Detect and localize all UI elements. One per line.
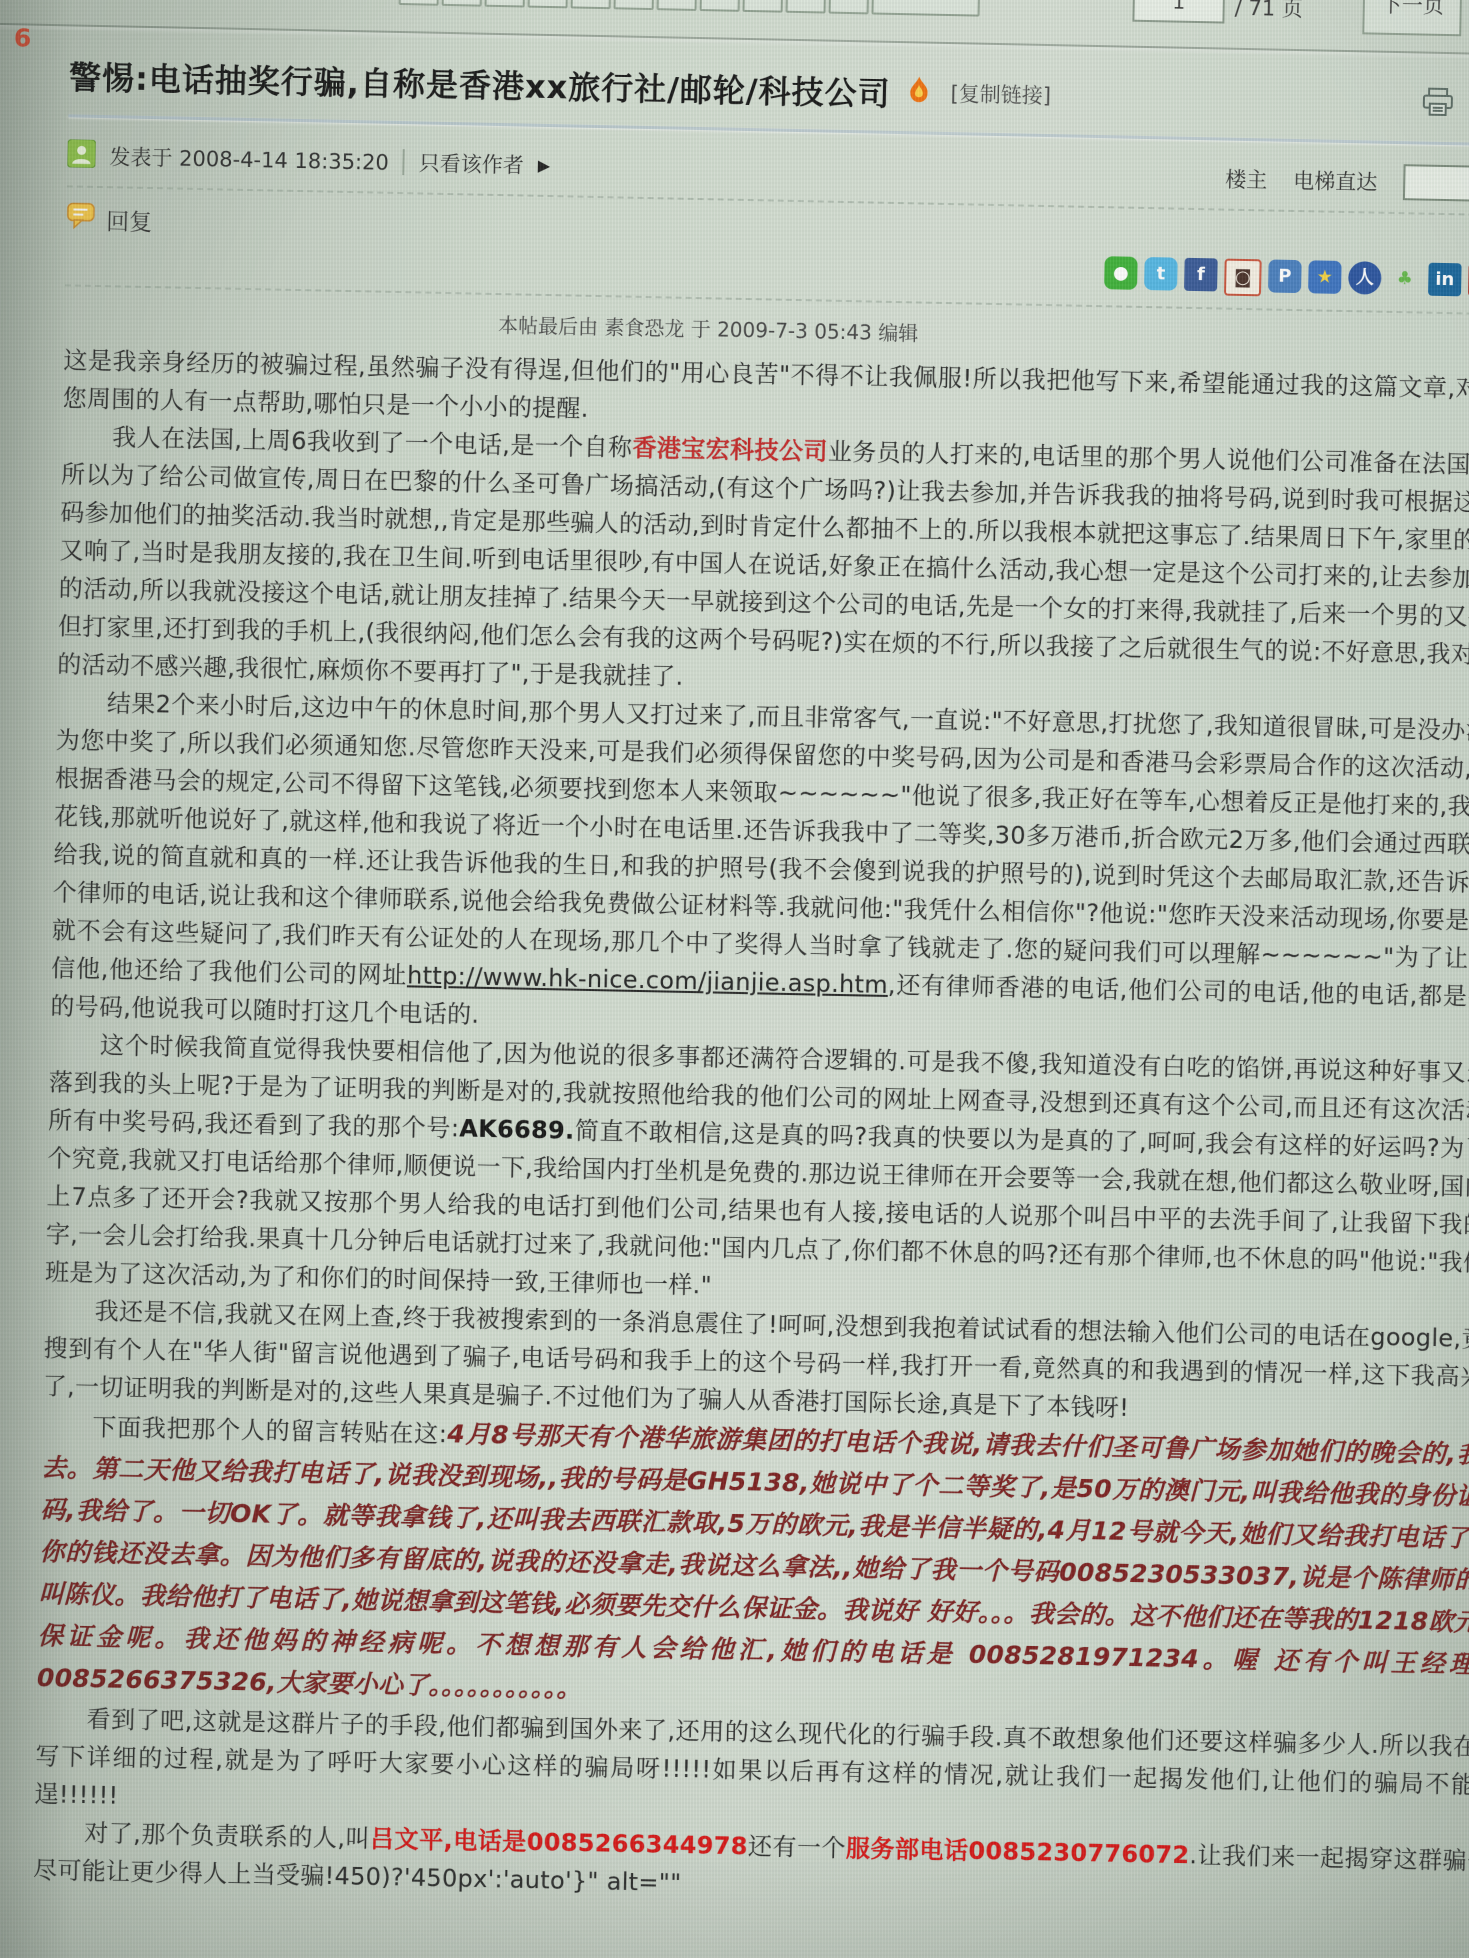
linkedin-icon[interactable]: in [1428,263,1462,297]
toolbar-button[interactable] [528,0,569,8]
post-panel: 警惕:电话抽奖行骗,自称是香港xx旅行社/邮轮/科技公司 [复制链接] [33,26,1469,1918]
post-title: 警惕:电话抽奖行骗,自称是香港xx旅行社/邮轮/科技公司 [69,52,891,114]
title-action-icons [1420,86,1469,124]
copy-link-button[interactable]: [复制链接] [950,78,1051,110]
scammer-phone-highlight: 服务部电话0085230776072 [846,1834,1190,1869]
clover-icon[interactable]: ♣ [1388,262,1422,296]
body-text: 下面我把那个人的留言转贴在这: [92,1413,447,1448]
company-name-highlight: 香港宝宏科技公司 [632,434,828,466]
reply-button[interactable]: 回复 [106,203,153,237]
body-text: 这是我亲身经历的被骗过程,虽然骗子没有得逞,但他们的"用心良苦"不得不让我佩服!… [62,346,1469,423]
elevator-link[interactable]: 电梯直达 [1293,165,1378,197]
next-page-button[interactable]: 下一页 [1362,0,1462,36]
toolbar-button-wide[interactable] [872,0,981,17]
page-total-label: / 71 页 [1234,0,1303,23]
tilted-screen-content: / 71 页 下一页 6 警惕:电话抽奖行骗,自称是香港xx旅行社/邮轮/科技公… [0,0,1469,1918]
winning-number: AK6689. [459,1114,575,1144]
side-number: 6 [14,23,30,52]
body-text: 还有一个 [747,1832,846,1862]
toolbar-button[interactable] [442,0,483,7]
toolbar-button[interactable] [399,0,440,6]
body-text: 对了,那个负责联系的人,叫 [84,1819,370,1853]
floor-label: 楼主 [1225,164,1268,195]
toolbar-button[interactable] [571,0,612,9]
body-text: 结果2个来小时后,这边中午的休息时间,那个男人又打过来了,而且非常客气,一直说:… [51,689,1469,989]
goto-floor-input[interactable] [1403,164,1469,202]
wechat-icon[interactable]: ● [1104,256,1138,290]
meta-right-group: 楼主 电梯直达 j [1225,161,1469,203]
pinterest-icon[interactable]: P [1268,259,1302,293]
body-text: 业务员的人打来的,电话里的那个男人说他们公司准备在法国发展,所以为了给公司做宣传… [57,438,1469,691]
post-paragraph: 这个时候我简直觉得我快要相信他了,因为他说的很多事都还满符合逻辑的.可是我不傻,… [45,1025,1469,1320]
quoted-message: 4月8号那天有个港华旅游集团的打电话个我说,请我去什们圣可鲁广场参加她们的晚会的… [37,1419,1469,1703]
view-author-link[interactable]: 只看该作者 [419,147,525,179]
print-icon[interactable] [1420,86,1455,123]
body-text: 我人在法国,上周6我收到了一个电话,是一个自称 [112,423,633,461]
post-paragraph: 下面我把那个人的留言转贴在这:4月8号那天有个港华旅游集团的打电话个我说,请我去… [37,1405,1469,1728]
scammer-phone-highlight: 吕文平,电话是0085266344978 [370,1825,748,1861]
meta-divider [403,149,406,175]
page-number-input[interactable] [1132,0,1225,24]
toolbar-button[interactable] [700,0,741,12]
post-meta-row: 发表于 2008-4-14 18:35:20 只看该作者 ▶ 楼主 电梯直达 j [67,137,1469,202]
play-triangle-icon: ▶ [538,155,551,174]
weibo-camera-icon[interactable]: ◙ [1224,259,1262,297]
author-icon [67,139,96,173]
toolbar-button[interactable] [786,0,827,14]
toolbar-buttons [399,0,872,14]
twitter-icon[interactable]: t [1144,257,1178,291]
hot-flame-icon [902,74,935,111]
post-paragraph: 我人在法国,上周6我收到了一个电话,是一个自称香港宝宏科技公司业务员的人打来的,… [57,417,1469,712]
toolbar-button[interactable] [485,0,526,7]
toolbar-button[interactable] [657,0,698,11]
title-row: 警惕:电话抽奖行骗,自称是香港xx旅行社/邮轮/科技公司 [复制链接] [69,42,1469,127]
post-time: 发表于 2008-4-14 18:35:20 [109,141,389,177]
company-url-link[interactable]: http://www.hk-nice.com/jianjie.asp.htm [407,961,888,999]
qzone-icon[interactable]: ★ [1308,260,1342,294]
post-body: 这是我亲身经历的被骗过程,虽然骗子没有得逞,但他们的"用心良苦"不得不让我佩服!… [33,341,1469,1918]
body-text: 简直不敢相信,这是真的吗?我真的快要以为是真的了,呵呵,我会有这样的好运吗?为了… [45,1117,1469,1300]
body-text: 我还是不信,我就又在网上查,终于我被搜索到的一条消息震住了!呵呵,没想到我抱着试… [43,1297,1469,1422]
post-paragraph: 结果2个来小时后,这边中午的休息时间,那个男人又打过来了,而且非常客气,一直说:… [50,683,1469,1054]
toolbar-button[interactable] [614,0,655,10]
screen-photo: / 71 页 下一页 6 警惕:电话抽奖行骗,自称是香港xx旅行社/邮轮/科技公… [0,0,1469,1958]
reply-bubble-icon [66,201,97,236]
toolbar-button[interactable] [829,0,870,14]
toolbar-button[interactable] [743,0,784,13]
renren-icon[interactable]: 人 [1348,261,1382,295]
facebook-icon[interactable]: f [1184,258,1218,292]
